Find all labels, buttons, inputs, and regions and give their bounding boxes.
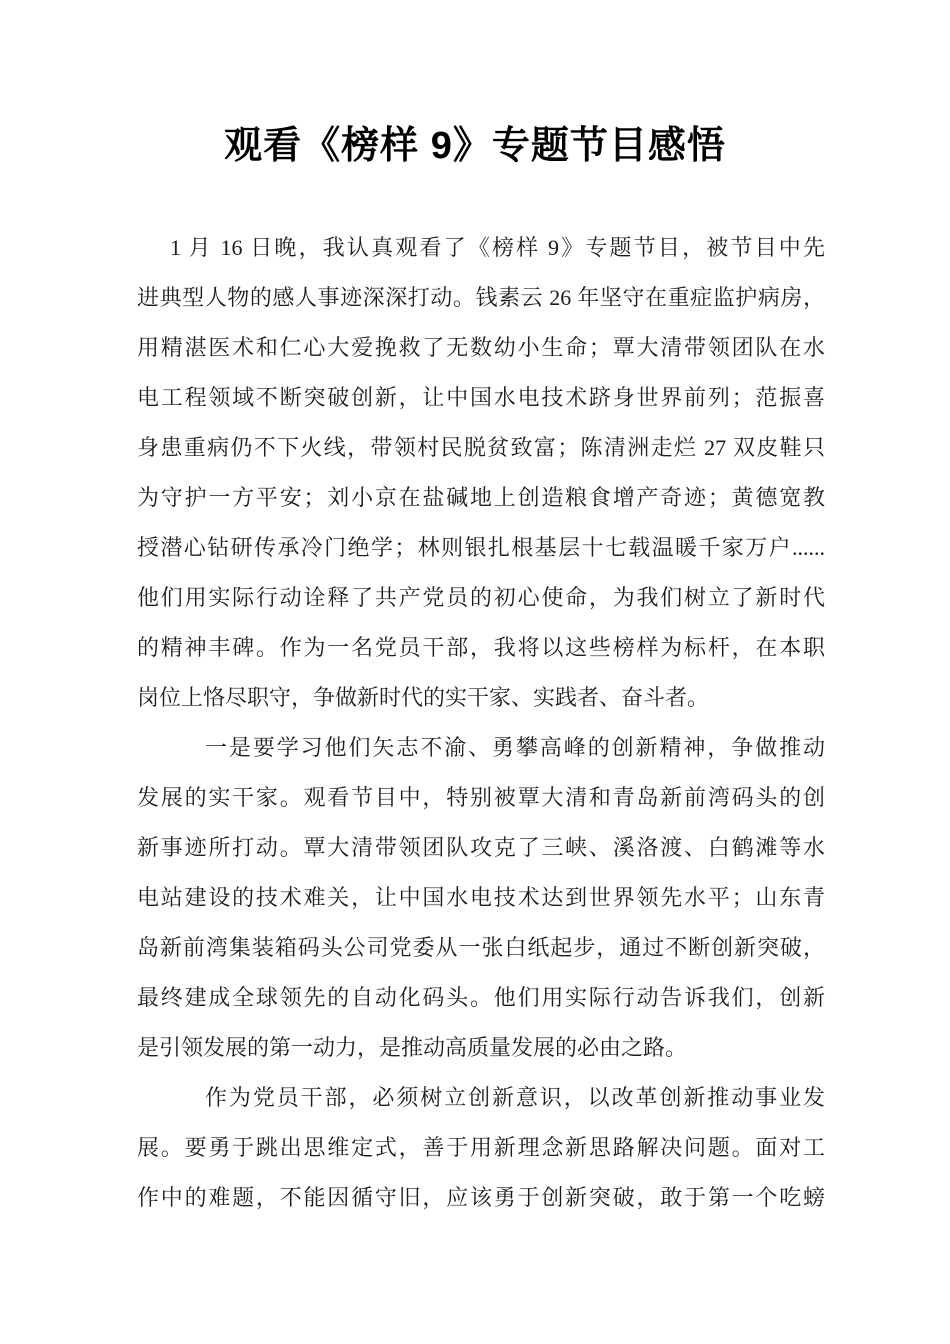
text-line: 电工程领域不断突破创新，让中国水电技术跻身世界前列；范振喜: [137, 373, 825, 423]
text-line: 用精湛医术和仁心大爱挽救了无数幼小生命；覃大清带领团队在水: [137, 323, 825, 373]
text-line: 他们用实际行动诠释了共产党员的初心使命，为我们树立了新时代: [137, 573, 825, 623]
text-line: 授潜心钻研传承冷门绝学；林则银扎根基层十七载温暖千家万户......: [137, 523, 825, 573]
text-line: 为守护一方平安；刘小京在盐碱地上创造粮食增产奇迹；黄德宽教: [137, 473, 825, 523]
text-line: 电站建设的技术难关，让中国水电技术达到世界领先水平；山东青: [137, 873, 825, 923]
text-line: 的精神丰碑。作为一名党员干部，我将以这些榜样为标杆，在本职: [137, 623, 825, 673]
text-line: 是引领发展的第一动力，是推动高质量发展的必由之路。: [137, 1023, 825, 1073]
text-line: 新事迹所打动。覃大清带领团队攻克了三峡、溪洛渡、白鹤滩等水: [137, 823, 825, 873]
document-title: 观看《榜样 9》专题节目感悟: [131, 121, 819, 171]
text-line: 岛新前湾集装箱码头公司党委从一张白纸起步，通过不断创新突破，: [137, 923, 825, 973]
text-line: 展。要勇于跳出思维定式，善于用新理念新思路解决问题。面对工: [137, 1123, 825, 1173]
document-page: 观看《榜样 9》专题节目感悟 1 月 16 日晚，我认真观看了《榜样 9》专题节…: [0, 0, 950, 1344]
text-line: 作为党员干部，必须树立创新意识，以改革创新推动事业发: [137, 1073, 825, 1123]
document-body: 1 月 16 日晚，我认真观看了《榜样 9》专题节目，被节目中先进典型人物的感人…: [137, 223, 825, 1223]
text-line: 最终建成全球领先的自动化码头。他们用实际行动告诉我们，创新: [137, 973, 825, 1023]
paragraph-intro: 1 月 16 日晚，我认真观看了《榜样 9》专题节目，被节目中先进典型人物的感人…: [137, 223, 825, 723]
text-line: 作中的难题，不能因循守旧，应该勇于创新突破，敢于第一个吃螃: [137, 1173, 825, 1223]
text-line: 发展的实干家。观看节目中，特别被覃大清和青岛新前湾码头的创: [137, 773, 825, 823]
text-line: 身患重病仍不下火线，带领村民脱贫致富；陈清洲走烂 27 双皮鞋只: [137, 423, 825, 473]
paragraph-first-point: 一是要学习他们矢志不渝、勇攀高峰的创新精神，争做推动发展的实干家。观看节目中，特…: [137, 723, 825, 1073]
text-line: 一是要学习他们矢志不渝、勇攀高峰的创新精神，争做推动: [137, 723, 825, 773]
text-line: 1 月 16 日晚，我认真观看了《榜样 9》专题节目，被节目中先: [137, 223, 825, 273]
text-line: 进典型人物的感人事迹深深打动。钱素云 26 年坚守在重症监护病房，: [137, 273, 825, 323]
text-line: 岗位上恪尽职守，争做新时代的实干家、实践者、奋斗者。: [137, 673, 825, 723]
paragraph-second-point: 作为党员干部，必须树立创新意识，以改革创新推动事业发展。要勇于跳出思维定式，善于…: [137, 1073, 825, 1223]
